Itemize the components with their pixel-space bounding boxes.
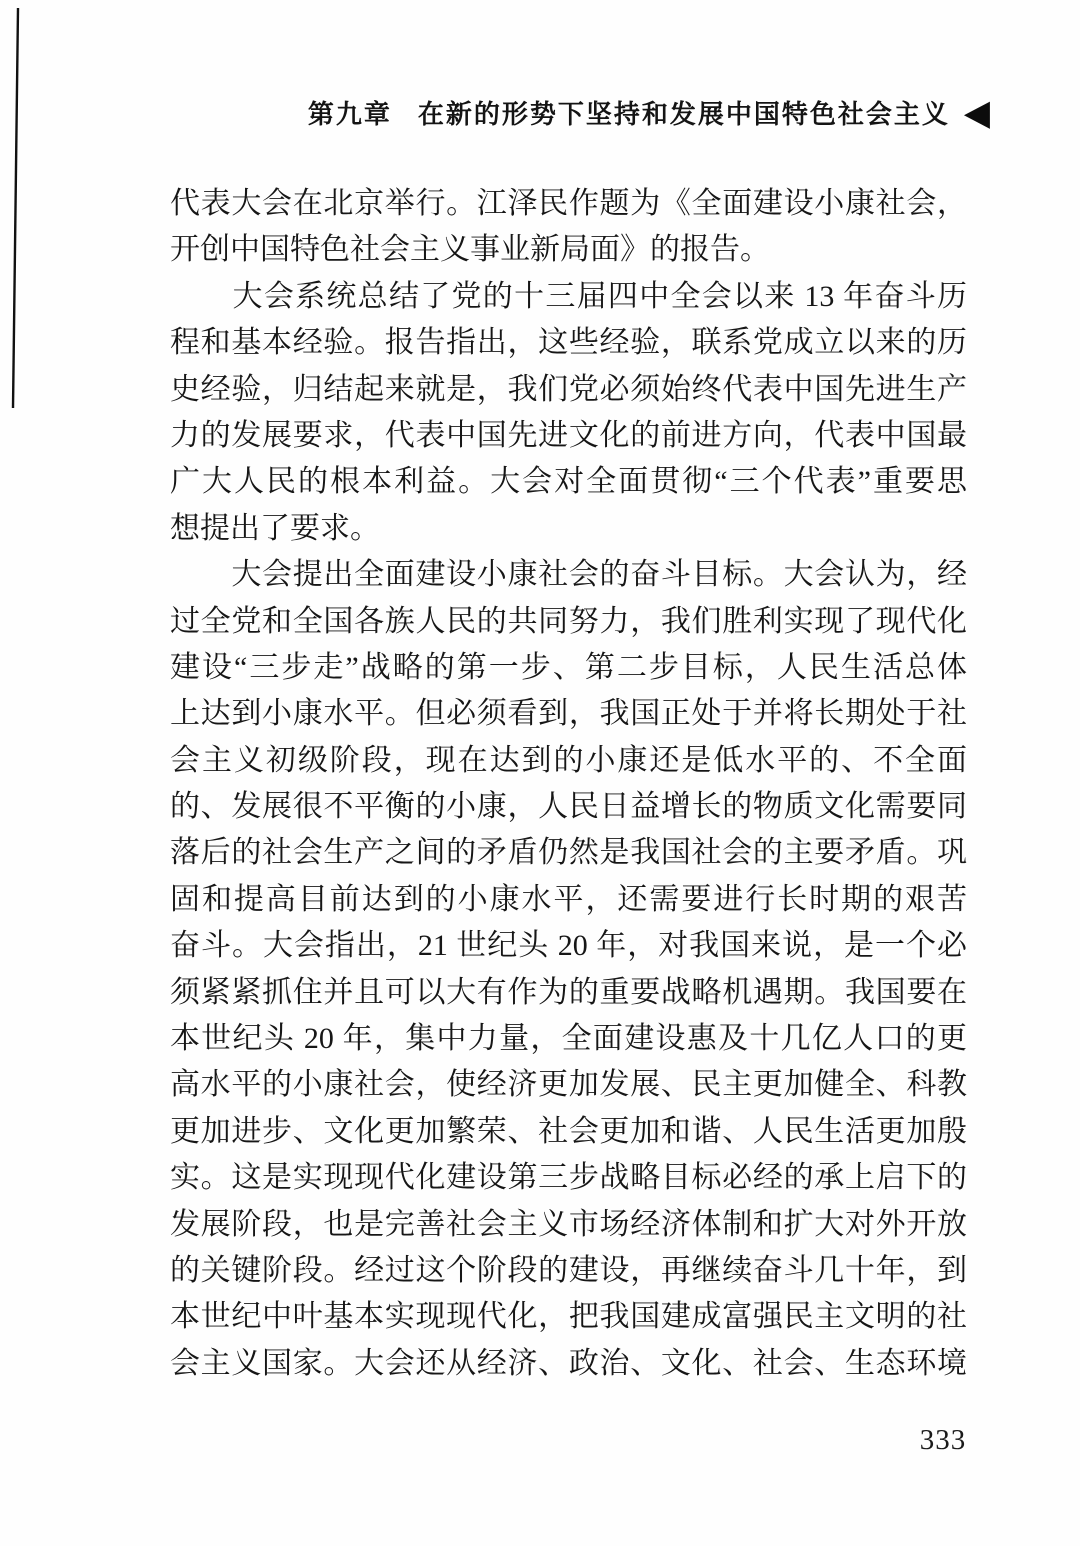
chapter-title-label: 在新的形势下坚持和发展中国特色社会主义 xyxy=(418,94,950,131)
text-line: 的、发展很不平衡的小康，人民日益增长的物质文化需要同 xyxy=(170,784,967,830)
text-line: 想提出了要求。 xyxy=(170,506,967,552)
text-line: 开创中国特色社会主义事业新局面》的报告。 xyxy=(170,227,967,273)
text-line: 建设“三步走”战略的第一步、第二步目标，人民生活总体 xyxy=(170,645,967,691)
text-line: 落后的社会生产之间的矛盾仍然是我国社会的主要矛盾。巩 xyxy=(170,830,967,876)
text-line: 高水平的小康社会，使经济更加发展、民主更加健全、科教 xyxy=(170,1062,967,1108)
running-header: 第九章 在新的形势下坚持和发展中国特色社会主义 ◀ xyxy=(308,94,990,131)
text-line: 广大人民的根本利益。大会对全面贯彻“三个代表”重要思 xyxy=(170,459,967,505)
text-line: 更加进步、文化更加繁荣、社会更加和谐、人民生活更加殷 xyxy=(170,1109,967,1155)
text-line: 代表大会在北京举行。江泽民作题为《全面建设小康社会， xyxy=(170,181,967,227)
text-line: 固和提高目前达到的小康水平，还需要进行长时期的艰苦 xyxy=(170,877,967,923)
text-line: 过全党和全国各族人民的共同努力，我们胜利实现了现代化 xyxy=(170,599,967,645)
left-triangle-icon: ◀ xyxy=(964,95,990,131)
text-line: 大会提出全面建设小康社会的奋斗目标。大会认为，经 xyxy=(170,552,967,598)
page-number: 333 xyxy=(908,1424,978,1457)
page-body-text: 代表大会在北京举行。江泽民作题为《全面建设小康社会，开创中国特色社会主义事业新局… xyxy=(170,181,967,1387)
text-line: 上达到小康水平。但必须看到，我国正处于并将长期处于社 xyxy=(170,691,967,737)
text-line: 实。这是实现现代化建设第三步战略目标必经的承上启下的 xyxy=(170,1155,967,1201)
scan-artifact-line xyxy=(0,0,40,430)
text-line: 的关键阶段。经过这个阶段的建设，再继续奋斗几十年，到 xyxy=(170,1248,967,1294)
text-line: 程和基本经验。报告指出，这些经验，联系党成立以来的历 xyxy=(170,320,967,366)
chapter-number-label: 第九章 xyxy=(308,94,392,131)
text-line: 奋斗。大会指出，21 世纪头 20 年，对我国来说，是一个必 xyxy=(170,923,967,969)
text-line: 本世纪头 20 年，集中力量，全面建设惠及十几亿人口的更 xyxy=(170,1016,967,1062)
text-line: 大会系统总结了党的十三届四中全会以来 13 年奋斗历 xyxy=(170,274,967,320)
text-line: 发展阶段，也是完善社会主义市场经济体制和扩大对外开放 xyxy=(170,1202,967,1248)
text-line: 会主义国家。大会还从经济、政治、文化、社会、生态环境 xyxy=(170,1341,967,1387)
text-line: 须紧紧抓住并且可以大有作为的重要战略机遇期。我国要在 xyxy=(170,970,967,1016)
text-line: 力的发展要求，代表中国先进文化的前进方向，代表中国最 xyxy=(170,413,967,459)
text-line: 本世纪中叶基本实现现代化，把我国建成富强民主文明的社 xyxy=(170,1294,967,1340)
text-line: 史经验，归结起来就是，我们党必须始终代表中国先进生产 xyxy=(170,367,967,413)
text-line: 会主义初级阶段，现在达到的小康还是低水平的、不全面 xyxy=(170,738,967,784)
book-page: 第九章 在新的形势下坚持和发展中国特色社会主义 ◀ 代表大会在北京举行。江泽民作… xyxy=(0,0,1080,1546)
